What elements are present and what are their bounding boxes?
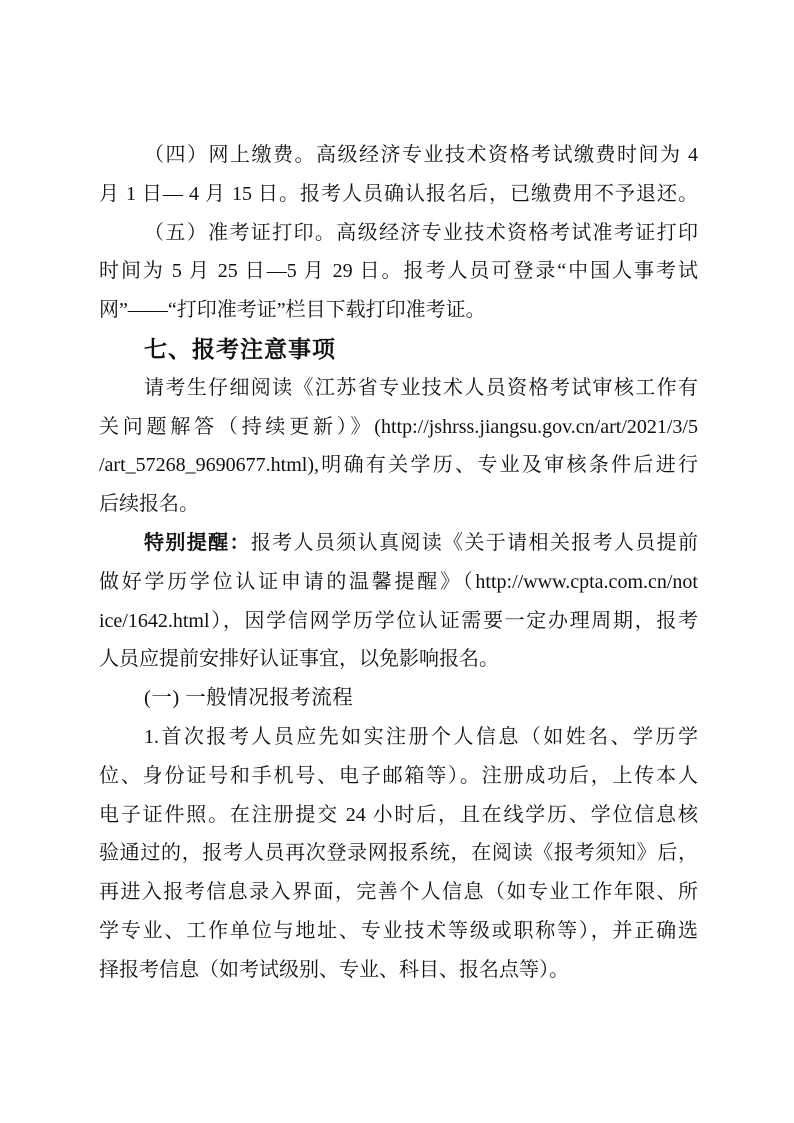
text-segment: 人员应提前安排好认证事宜，以免影响报名。 [99, 648, 499, 670]
text-segment: 后续报名。 [99, 493, 199, 515]
text-line: （四）网上缴费。高级经济专业技术资格考试缴费时间为 4 [99, 136, 698, 175]
text-segment: 报考人员须认真阅读《关于请相关报考人员提前 [251, 532, 698, 554]
text-line: 网”——“打印准考证”栏目下载打印准考证。 [99, 291, 698, 330]
text-line: 验通过的，报考人员再次登录网报系统，在阅读《报考须知》后， [99, 834, 698, 873]
text-segment: 月 1 日— 4 月 15 日。报考人员确认报名后，已缴费用不予退还。 [99, 183, 698, 205]
text-line: 月 1 日— 4 月 15 日。报考人员确认报名后，已缴费用不予退还。 [99, 175, 698, 214]
document-page: （四）网上缴费。高级经济专业技术资格考试缴费时间为 4月 1 日— 4 月 15… [0, 0, 794, 1123]
text-line: 请考生仔细阅读《江苏省专业技术人员资格考试审核工作有 [99, 369, 698, 408]
text-line: 再进入报考信息录入界面，完善个人信息（如专业工作年限、所 [99, 873, 698, 912]
text-segment: （四）网上缴费。高级经济专业技术资格考试缴费时间为 4 [144, 144, 698, 166]
text-segment: 七、报考注意事项 [144, 336, 336, 362]
text-line: 1.首次报考人员应先如实注册个人信息（如姓名、学历学 [99, 718, 698, 757]
text-line: 做好学历学位认证申请的温馨提醒》（http://www.cpta.com.cn/… [99, 563, 698, 602]
text-line: ice/1642.html），因学信网学历学位认证需要一定办理周期，报考 [99, 602, 698, 641]
text-segment: （五）准考证打印。高级经济专业技术资格考试准考证打印 [144, 222, 698, 244]
text-segment: 择报考信息（如考试级别、专业、科目、报名点等）。 [99, 959, 569, 981]
text-line: 关问题解答（持续更新）》(http://jshrss.jiangsu.gov.c… [99, 408, 698, 447]
text-line: 位、身份证号和手机号、电子邮箱等）。注册成功后，上传本人 [99, 757, 698, 796]
emphasis-label: 特别提醒： [144, 532, 251, 554]
text-line: 特别提醒：报考人员须认真阅读《关于请相关报考人员提前 [99, 524, 698, 563]
sub-heading: (一) 一般情况报考流程 [99, 679, 698, 718]
text-line: 择报考信息（如考试级别、专业、科目、报名点等）。 [99, 951, 698, 990]
text-line: 后续报名。 [99, 485, 698, 524]
text-segment: 做好学历学位认证申请的温馨提醒》（http://www.cpta.com.cn/… [99, 571, 698, 593]
text-segment: 请考生仔细阅读《江苏省专业技术人员资格考试审核工作有 [144, 377, 698, 399]
text-segment: 再进入报考信息录入界面，完善个人信息（如专业工作年限、所 [99, 881, 698, 903]
text-segment: (一) 一般情况报考流程 [144, 687, 353, 709]
text-line: 学专业、工作单位与地址、专业技术等级或职称等），并正确选 [99, 912, 698, 951]
text-line: 电子证件照。在注册提交 24 小时后，且在线学历、学位信息核 [99, 796, 698, 835]
text-segment: 位、身份证号和手机号、电子邮箱等）。注册成功后，上传本人 [99, 765, 698, 787]
text-line: （五）准考证打印。高级经济专业技术资格考试准考证打印 [99, 214, 698, 253]
text-segment: 时间为 5 月 25 日—5 月 29 日。报考人员可登录“中国人事考试 [99, 260, 698, 282]
text-segment: 学专业、工作单位与地址、专业技术等级或职称等），并正确选 [99, 920, 698, 942]
text-segment: 电子证件照。在注册提交 24 小时后，且在线学历、学位信息核 [99, 804, 698, 826]
text-segment: 关问题解答（持续更新）》(http://jshrss.jiangsu.gov.c… [99, 416, 698, 438]
text-segment: 网”——“打印准考证”栏目下载打印准考证。 [99, 299, 486, 321]
text-segment: 验通过的，报考人员再次登录网报系统，在阅读《报考须知》后， [99, 842, 698, 864]
document-text-block: （四）网上缴费。高级经济专业技术资格考试缴费时间为 4月 1 日— 4 月 15… [99, 136, 698, 990]
text-segment: ice/1642.html），因学信网学历学位认证需要一定办理周期，报考 [99, 610, 698, 632]
text-segment: 1.首次报考人员应先如实注册个人信息（如姓名、学历学 [144, 726, 698, 748]
section-heading: 七、报考注意事项 [99, 330, 698, 369]
text-segment: /art_57268_9690677.html),明确有关学历、专业及审核条件后… [99, 454, 698, 476]
text-line: /art_57268_9690677.html),明确有关学历、专业及审核条件后… [99, 446, 698, 485]
text-line: 人员应提前安排好认证事宜，以免影响报名。 [99, 640, 698, 679]
text-line: 时间为 5 月 25 日—5 月 29 日。报考人员可登录“中国人事考试 [99, 252, 698, 291]
